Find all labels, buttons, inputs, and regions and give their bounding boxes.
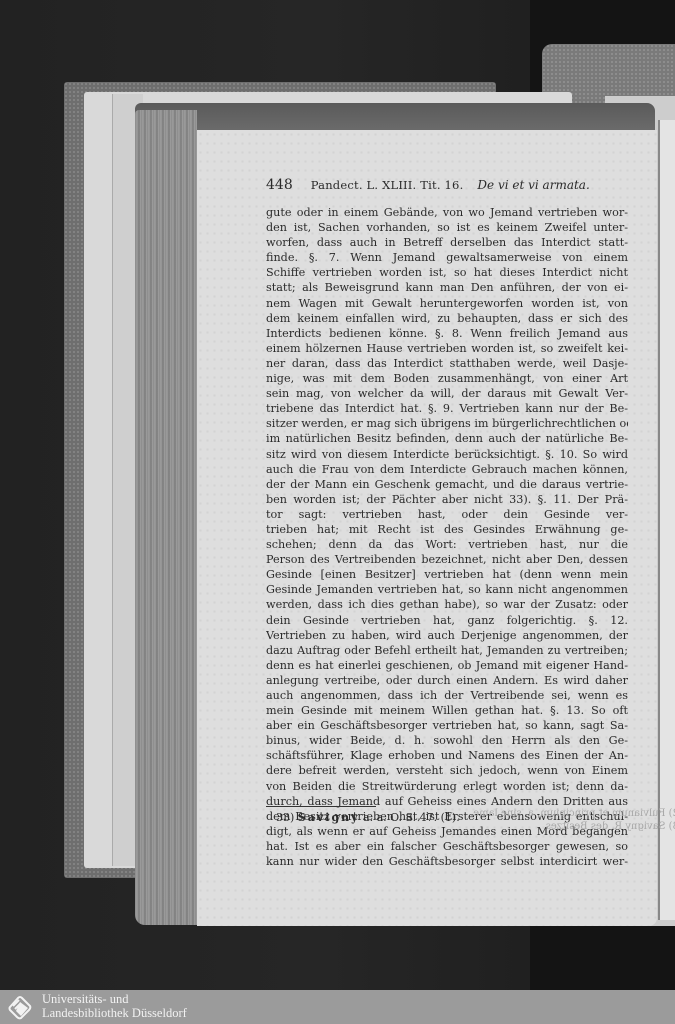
- text-line: mein Gesinde mit meinem Willen gethan ha…: [266, 703, 628, 718]
- facing-page: [658, 120, 675, 920]
- footnote-reference: a. a. O. S. 47. (1).: [363, 811, 460, 824]
- footnote-marker: 33): [276, 811, 294, 824]
- text-line: den ist, Sachen vorhanden, so ist es kei…: [266, 220, 628, 235]
- text-line: hat. Ist es aber ein falscher Geschäftsb…: [266, 839, 628, 854]
- library-name: Universitäts- und Landesbibliothek Düsse…: [42, 992, 187, 1020]
- text-line: sein mag, von welcher da will, der darau…: [266, 386, 628, 401]
- text-line: binus, wider Beide, d. h. sowohl den Her…: [266, 733, 628, 748]
- library-name-line2: Landesbibliothek Düsseldorf: [42, 1006, 187, 1020]
- text-line: Interdicts bedienen könne. §. 8. Wenn fr…: [266, 326, 628, 341]
- library-logo-icon: [6, 994, 34, 1020]
- text-line: im natürlichen Besitz befinden, denn auc…: [266, 431, 628, 446]
- text-line: nige, was mit dem Boden zusammenhängt, v…: [266, 371, 628, 386]
- footnote: 33) Savigny a. a. O. S. 47. (1).: [276, 811, 460, 824]
- footnote-author: Savigny: [298, 811, 360, 824]
- text-line: auch die Frau von dem Interdicte Gebrauc…: [266, 462, 628, 477]
- text-line: denn es hat einerlei geschienen, ob Jema…: [266, 658, 628, 673]
- running-head: 448 Pandect. L. XLIII. Tit. 16. De vi et…: [266, 177, 646, 195]
- page-number: 448: [266, 177, 293, 193]
- text-line: gute oder in einem Gebände, von wo Jeman…: [266, 205, 628, 220]
- text-line: dazu Auftrag oder Befehl ertheilt hat, J…: [266, 643, 628, 658]
- text-line: Gesinde Jemanden vertrieben hat, so kann…: [266, 582, 628, 597]
- text-line: auch angenommen, dass ich der Vertreiben…: [266, 688, 628, 703]
- text-line: Person des Vertreibenden bezeichnet, nic…: [266, 552, 628, 567]
- text-line: aber ein Geschäftsbesorger vertrieben ha…: [266, 718, 628, 733]
- footnote-rule: [266, 806, 376, 807]
- text-line: Schiffe vertrieben worden ist, so hat di…: [266, 265, 628, 280]
- text-line: Gesinde [einen Besitzer] vertrieben hat …: [266, 567, 628, 582]
- text-line: tor sagt: vertrieben hast, oder dein Ges…: [266, 507, 628, 522]
- text-line: statt; als Beweisgrund kann man Den anfü…: [266, 280, 628, 295]
- text-line: triebene das Interdict hat. §. 9. Vertri…: [266, 401, 628, 416]
- running-head-subtitle: De vi et vi armata.: [477, 178, 589, 192]
- text-line: dein Gesinde vertrieben hat, ganz folger…: [266, 613, 628, 628]
- text-line: schehen; denn da das Wort: vertrieben ha…: [266, 537, 628, 552]
- text-line: ner daran, dass das Interdict statthaben…: [266, 356, 628, 371]
- text-line: Vertrieben zu haben, wird auch Derjenige…: [266, 628, 628, 643]
- text-line: trieben hat; mit Recht ist des Gesindes …: [266, 522, 628, 537]
- page-body-text: gute oder in einem Gebände, von wo Jeman…: [266, 205, 628, 869]
- bleed-line: 33) Savigny R. des Besitzes: [470, 820, 675, 833]
- text-line: der der Mann ein Geschenk gemacht, und d…: [266, 477, 628, 492]
- text-line: dere befreit werden, versteht sich jedoc…: [266, 763, 628, 778]
- text-line: anlegung vertreibe, oder durch einen And…: [266, 673, 628, 688]
- text-line: einem hölzernen Hause vertrieben worden …: [266, 341, 628, 356]
- text-line: kann nur wider den Geschäftsbesorger sel…: [266, 854, 628, 869]
- text-line: finde. §. 7. Wenn Jemand gewaltsamerweis…: [266, 250, 628, 265]
- text-line: sitzer werden, er mag sich übrigens im b…: [266, 416, 628, 431]
- bleed-through-text: 32) Fulvianum et principium, a. sine lam…: [470, 807, 675, 833]
- text-line: dem keinem einfallen wird, zu behaupten,…: [266, 311, 628, 326]
- bleed-line: 32) Fulvianum et principium, a. sine lam…: [470, 807, 675, 820]
- page-block-side-edge: [135, 110, 197, 925]
- text-line: nem Wagen mit Gewalt heruntergeworfen wo…: [266, 296, 628, 311]
- text-line: werden, dass ich dies gethan habe), so w…: [266, 597, 628, 612]
- text-line: schäftsführer, Klage erhoben und Namens …: [266, 748, 628, 763]
- text-line: sitz wird von diesem Interdicte berücksi…: [266, 447, 628, 462]
- text-line: worfen, dass auch in Betreff derselben d…: [266, 235, 628, 250]
- library-name-line1: Universitäts- und: [42, 992, 187, 1006]
- text-line: von Beiden die Streitwürderung erlegt wo…: [266, 779, 628, 794]
- running-head-title: Pandect. L. XLIII. Tit. 16.: [311, 178, 464, 192]
- text-line: ben worden ist; der Pächter aber nicht 3…: [266, 492, 628, 507]
